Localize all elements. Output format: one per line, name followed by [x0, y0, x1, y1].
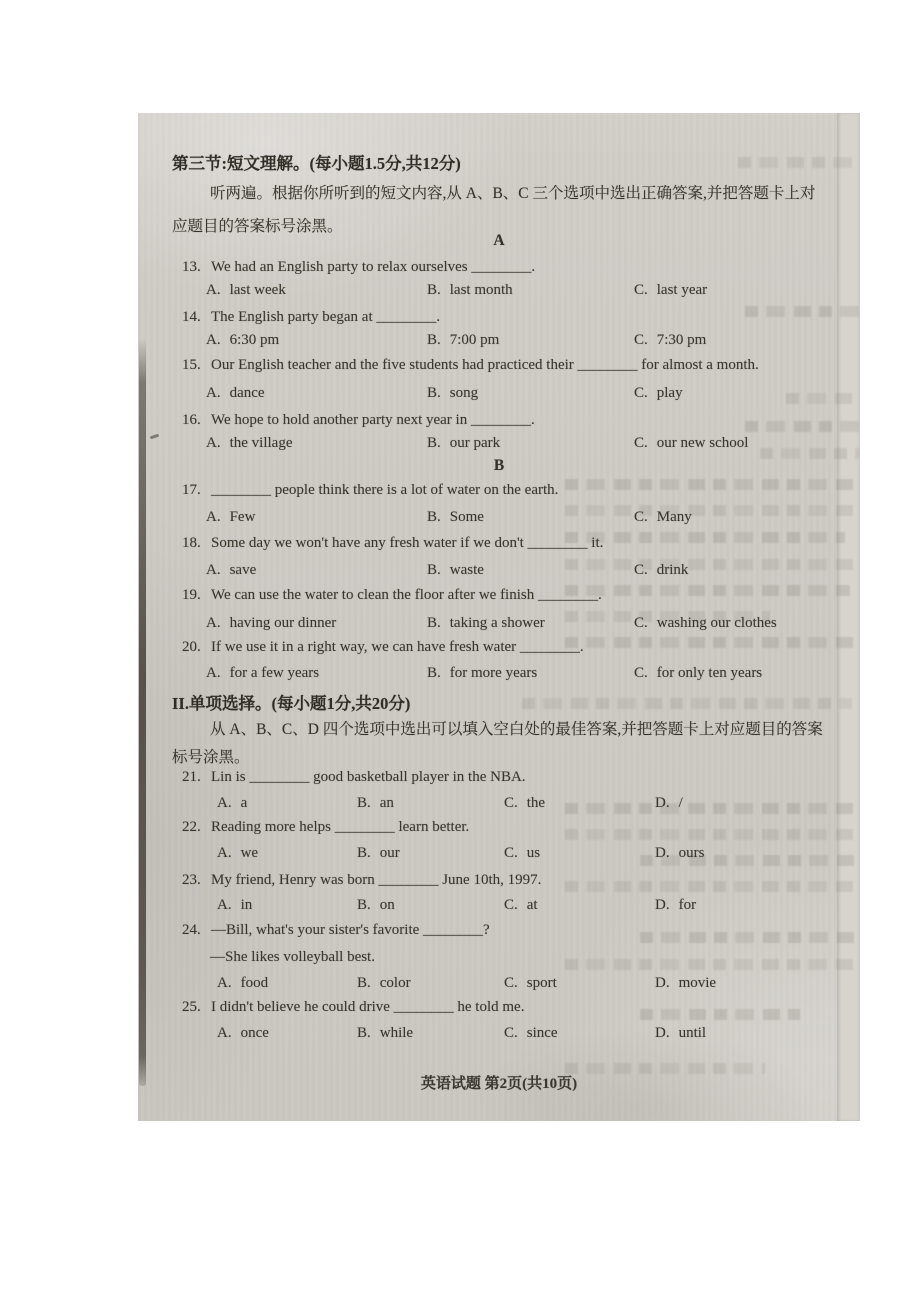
options-row: A.FewB.SomeC.Many — [138, 509, 860, 535]
question-number: 22. — [182, 819, 201, 836]
question-line: 24.—Bill, what's your sister's favorite … — [138, 922, 860, 949]
answer-option: B.last month — [427, 282, 513, 299]
question-line: 13.We had an English party to relax ours… — [138, 259, 860, 282]
question-line: 25.I didn't believe he could drive _____… — [138, 999, 860, 1025]
passage-label: B — [138, 457, 860, 482]
option-text: Many — [657, 509, 692, 525]
answer-option: B.our — [357, 845, 400, 862]
option-text: drink — [657, 562, 689, 578]
text-line: 标号涂黑。 — [172, 749, 250, 766]
option-letter: B. — [427, 332, 441, 348]
option-text: dance — [230, 385, 265, 401]
option-text: movie — [679, 975, 717, 991]
option-text: 7:00 pm — [450, 332, 500, 348]
question-line: 16.We hope to hold another party next ye… — [138, 412, 860, 435]
option-letter: C. — [504, 975, 518, 991]
option-letter: B. — [357, 897, 371, 913]
question-text: I didn't believe he could drive ________… — [211, 999, 524, 1016]
question-text: Our English teacher and the five student… — [211, 357, 759, 374]
option-text: since — [527, 1025, 558, 1041]
option-letter: A. — [206, 665, 221, 681]
option-letter: A. — [217, 1025, 232, 1041]
option-letter: D. — [655, 795, 670, 811]
question-line: 15.Our English teacher and the five stud… — [138, 357, 860, 385]
option-letter: B. — [427, 615, 441, 631]
option-text: play — [657, 385, 683, 401]
instructions-line: 听两遍。根据你所听到的短文内容,从 A、B、C 三个选项中选出正确答案,并把答题… — [138, 181, 860, 214]
option-text: washing our clothes — [657, 615, 777, 631]
option-text: an — [380, 795, 394, 811]
text-line: 从 A、B、C、D 四个选项中选出可以填入空白处的最佳答案,并把答题卡上对应题目… — [210, 721, 823, 738]
options-row: A.for a few yearsB.for more yearsC.for o… — [138, 665, 860, 690]
question-text: —Bill, what's your sister's favorite ___… — [211, 922, 490, 939]
screenshot-canvas: 第三节:短文理解。(每小题1.5分,共12分)听两遍。根据你所听到的短文内容,从… — [0, 0, 920, 1302]
question-text: If we use it in a right way, we can have… — [211, 639, 584, 656]
section-title: 第三节:短文理解。(每小题1.5分,共12分) — [138, 150, 860, 181]
option-letter: B. — [427, 385, 441, 401]
question-number: 25. — [182, 999, 201, 1016]
option-letter: B. — [357, 795, 371, 811]
options-row: A.onceB.whileC.sinceD.until — [138, 1025, 860, 1072]
option-letter: C. — [504, 845, 518, 861]
answer-option: B.7:00 pm — [427, 332, 499, 349]
text-line: II.单项选择。(每小题1分,共20分) — [172, 694, 410, 713]
question-line: 23.My friend, Henry was born ________ Ju… — [138, 872, 860, 897]
question-text: The English party began at ________. — [211, 309, 440, 326]
question-text: We had an English party to relax ourselv… — [211, 259, 535, 276]
question-text: ________ people think there is a lot of … — [211, 482, 558, 499]
text-line: 听两遍。根据你所听到的短文内容,从 A、B、C 三个选项中选出正确答案,并把答题… — [210, 185, 815, 202]
answer-option: C.last year — [634, 282, 707, 299]
page-footer-text: 英语试题 第2页(共10页) — [421, 1076, 577, 1092]
question-number: 20. — [182, 639, 201, 656]
instructions-line: 从 A、B、C、D 四个选项中选出可以填入空白处的最佳答案,并把答题卡上对应题目… — [138, 717, 860, 745]
question-line: 22.Reading more helps ________ learn bet… — [138, 819, 860, 845]
option-text: 6:30 pm — [230, 332, 280, 348]
option-letter: D. — [655, 845, 670, 861]
option-text: last week — [230, 282, 286, 298]
answer-option: C.since — [504, 1025, 558, 1042]
page-footer: 英语试题 第2页(共10页) — [138, 1072, 860, 1092]
passage-label: A — [138, 232, 860, 259]
option-text: for a few years — [230, 665, 320, 681]
answer-option: A.last week — [206, 282, 286, 299]
passage-label-text: B — [494, 457, 504, 474]
option-text: waste — [450, 562, 484, 578]
text-line: 第三节:短文理解。(每小题1.5分,共12分) — [172, 154, 461, 173]
option-letter: B. — [357, 975, 371, 991]
answer-option: A.having our dinner — [206, 615, 336, 632]
question-number: 19. — [182, 587, 201, 604]
question-number: 18. — [182, 535, 201, 552]
passage-label-text: A — [493, 232, 504, 249]
option-letter: A. — [206, 282, 221, 298]
option-text: food — [241, 975, 269, 991]
option-letter: B. — [427, 435, 441, 451]
answer-option: C.at — [504, 897, 538, 914]
instructions-line: 标号涂黑。 — [138, 745, 860, 769]
answer-option: B.waste — [427, 562, 484, 579]
answer-option: C.play — [634, 385, 683, 402]
option-letter: B. — [427, 665, 441, 681]
option-letter: C. — [634, 435, 648, 451]
question-number: 23. — [182, 872, 201, 889]
option-letter: A. — [217, 845, 232, 861]
answer-option: A.for a few years — [206, 665, 319, 682]
answer-option: C.7:30 pm — [634, 332, 706, 349]
answer-option: A.6:30 pm — [206, 332, 279, 349]
option-text: for — [679, 897, 697, 913]
answer-option: C.drink — [634, 562, 688, 579]
option-text: our new school — [657, 435, 749, 451]
option-letter: D. — [655, 975, 670, 991]
question-number: 17. — [182, 482, 201, 499]
option-letter: A. — [206, 332, 221, 348]
question-line: 17.________ people think there is a lot … — [138, 482, 860, 509]
option-text: while — [380, 1025, 413, 1041]
option-letter: A. — [206, 509, 221, 525]
option-text: save — [230, 562, 257, 578]
option-text: sport — [527, 975, 557, 991]
option-text: the village — [230, 435, 293, 451]
answer-option: A.food — [217, 975, 268, 992]
option-letter: A. — [206, 435, 221, 451]
question-number: 13. — [182, 259, 201, 276]
question-continuation-line: —She likes volleyball best. — [138, 949, 860, 975]
answer-option: C.the — [504, 795, 545, 812]
options-row: A.6:30 pmB.7:00 pmC.7:30 pm — [138, 332, 860, 357]
options-row: A.saveB.wasteC.drink — [138, 562, 860, 587]
option-text: ours — [679, 845, 705, 861]
option-text: Some — [450, 509, 484, 525]
answer-option: B.our park — [427, 435, 500, 452]
option-letter: B. — [357, 845, 371, 861]
answer-option: D.ours — [655, 845, 704, 862]
option-letter: C. — [634, 615, 648, 631]
exam-text-flow: 第三节:短文理解。(每小题1.5分,共12分)听两遍。根据你所听到的短文内容,从… — [138, 150, 860, 1092]
answer-option: B.an — [357, 795, 394, 812]
option-letter: C. — [504, 1025, 518, 1041]
answer-option: C.sport — [504, 975, 557, 992]
options-row: A.danceB.songC.play — [138, 385, 860, 412]
question-text: Some day we won't have any fresh water i… — [211, 535, 603, 552]
question-text: We hope to hold another party next year … — [211, 412, 535, 429]
option-text: 7:30 pm — [657, 332, 707, 348]
option-text: once — [241, 1025, 269, 1041]
option-letter: A. — [206, 615, 221, 631]
question-text: Lin is ________ good basketball player i… — [211, 769, 526, 786]
options-row: A.foodB.colorC.sportD.movie — [138, 975, 860, 999]
option-letter: A. — [217, 975, 232, 991]
answer-option: A.Few — [206, 509, 255, 526]
answer-option: A.a — [217, 795, 247, 812]
question-line: 21.Lin is ________ good basketball playe… — [138, 769, 860, 795]
option-text: last month — [450, 282, 513, 298]
option-text: until — [679, 1025, 707, 1041]
option-text: in — [241, 897, 253, 913]
option-letter: C. — [634, 385, 648, 401]
answer-option: B.song — [427, 385, 478, 402]
question-number: 16. — [182, 412, 201, 429]
option-letter: C. — [504, 795, 518, 811]
option-letter: D. — [655, 897, 670, 913]
answer-option: D.movie — [655, 975, 716, 992]
question-text: My friend, Henry was born ________ June … — [211, 872, 541, 889]
answer-option: B.color — [357, 975, 411, 992]
option-letter: B. — [357, 1025, 371, 1041]
answer-option: A.we — [217, 845, 258, 862]
option-text: taking a shower — [450, 615, 545, 631]
option-letter: C. — [634, 282, 648, 298]
answer-option: A.in — [217, 897, 252, 914]
question-line: 14.The English party began at ________. — [138, 309, 860, 332]
option-text: we — [241, 845, 259, 861]
option-text: having our dinner — [230, 615, 337, 631]
answer-option: C.our new school — [634, 435, 748, 452]
option-text: for only ten years — [657, 665, 762, 681]
options-row: A.the villageB.our parkC.our new school — [138, 435, 860, 457]
answer-option: B.for more years — [427, 665, 537, 682]
question-number: 24. — [182, 922, 201, 939]
option-letter: B. — [427, 282, 441, 298]
option-text: for more years — [450, 665, 537, 681]
option-letter: C. — [504, 897, 518, 913]
answer-option: D./ — [655, 795, 683, 812]
question-text: —She likes volleyball best. — [210, 949, 375, 965]
option-letter: C. — [634, 332, 648, 348]
answer-option: B.Some — [427, 509, 484, 526]
answer-option: B.taking a shower — [427, 615, 545, 632]
option-text: Few — [230, 509, 256, 525]
question-text: Reading more helps ________ learn better… — [211, 819, 469, 836]
option-letter: A. — [206, 562, 221, 578]
question-line: 18.Some day we won't have any fresh wate… — [138, 535, 860, 562]
option-letter: D. — [655, 1025, 670, 1041]
option-letter: A. — [206, 385, 221, 401]
option-text: a — [241, 795, 248, 811]
answer-option: A.once — [217, 1025, 269, 1042]
answer-option: C.Many — [634, 509, 692, 526]
option-text: last year — [657, 282, 707, 298]
options-row: A.inB.onC.atD.for — [138, 897, 860, 922]
question-line: 19.We can use the water to clean the flo… — [138, 587, 860, 615]
exam-page-photo: 第三节:短文理解。(每小题1.5分,共12分)听两遍。根据你所听到的短文内容,从… — [138, 113, 860, 1121]
answer-option: C.for only ten years — [634, 665, 762, 682]
option-letter: C. — [634, 562, 648, 578]
option-letter: B. — [427, 562, 441, 578]
option-letter: C. — [634, 665, 648, 681]
answer-option: B.on — [357, 897, 395, 914]
answer-option: A.dance — [206, 385, 265, 402]
option-text: the — [527, 795, 545, 811]
answer-option: A.save — [206, 562, 256, 579]
question-number: 21. — [182, 769, 201, 786]
question-number: 15. — [182, 357, 201, 374]
option-letter: A. — [217, 897, 232, 913]
question-number: 14. — [182, 309, 201, 326]
option-text: our — [380, 845, 400, 861]
option-text: / — [679, 795, 683, 811]
options-row: A.last weekB.last monthC.last year — [138, 282, 860, 309]
answer-option: A.the village — [206, 435, 293, 452]
option-letter: A. — [217, 795, 232, 811]
answer-option: C.us — [504, 845, 540, 862]
answer-option: D.for — [655, 897, 696, 914]
options-row: A.having our dinnerB.taking a showerC.wa… — [138, 615, 860, 639]
question-text: We can use the water to clean the floor … — [211, 587, 602, 604]
option-text: color — [380, 975, 411, 991]
option-text: song — [450, 385, 478, 401]
answer-option: B.while — [357, 1025, 413, 1042]
options-row: A.weB.ourC.usD.ours — [138, 845, 860, 872]
section-title: II.单项选择。(每小题1分,共20分) — [138, 690, 860, 717]
instructions-line: 应题目的答案标号涂黑。 — [138, 214, 860, 232]
answer-option: C.washing our clothes — [634, 615, 777, 632]
option-letter: B. — [427, 509, 441, 525]
option-letter: C. — [634, 509, 648, 525]
options-row: A.aB.anC.theD./ — [138, 795, 860, 819]
option-text: our park — [450, 435, 500, 451]
option-text: at — [527, 897, 538, 913]
question-line: 20.If we use it in a right way, we can h… — [138, 639, 860, 665]
option-text: on — [380, 897, 395, 913]
answer-option: D.until — [655, 1025, 706, 1042]
option-text: us — [527, 845, 540, 861]
